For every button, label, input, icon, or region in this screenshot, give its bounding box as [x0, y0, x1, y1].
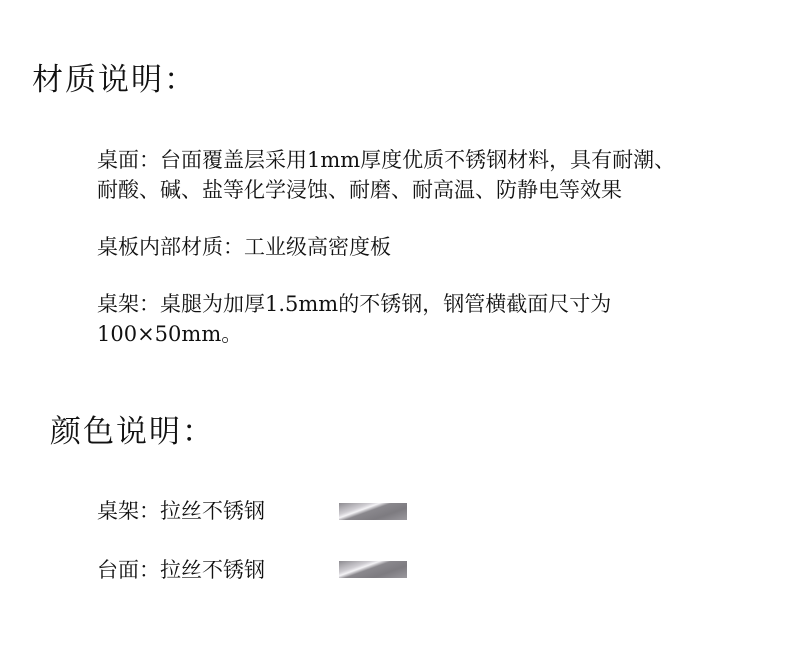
- board-description: 桌板内部材质：工业级高密度板: [97, 232, 391, 262]
- surface-line-1: 桌面：台面覆盖层采用1mm厚度优质不锈钢材料，具有耐潮、: [97, 145, 675, 175]
- color-item-top: 台面：拉丝不锈钢: [97, 555, 265, 585]
- frame-line-2: 100×50mm。: [97, 319, 611, 349]
- color-title: 颜色说明：: [50, 406, 215, 451]
- color-item-label: 桌架：拉丝不锈钢: [97, 496, 265, 526]
- frame-line-1: 桌架：桌腿为加厚1.5mm的不锈钢，钢管横截面尺寸为: [97, 289, 611, 319]
- color-item-frame: 桌架：拉丝不锈钢: [97, 496, 265, 526]
- brushed-steel-swatch: [339, 561, 407, 578]
- color-item-label: 台面：拉丝不锈钢: [97, 555, 265, 585]
- material-title: 材质说明：: [32, 54, 197, 99]
- brushed-steel-swatch: [339, 503, 407, 520]
- frame-description: 桌架：桌腿为加厚1.5mm的不锈钢，钢管横截面尺寸为 100×50mm。: [97, 289, 611, 349]
- surface-line-2: 耐酸、碱、盐等化学浸蚀、耐磨、耐高温、防静电等效果: [97, 175, 675, 205]
- board-line-1: 桌板内部材质：工业级高密度板: [97, 232, 391, 262]
- surface-description: 桌面：台面覆盖层采用1mm厚度优质不锈钢材料，具有耐潮、 耐酸、碱、盐等化学浸蚀…: [97, 145, 675, 205]
